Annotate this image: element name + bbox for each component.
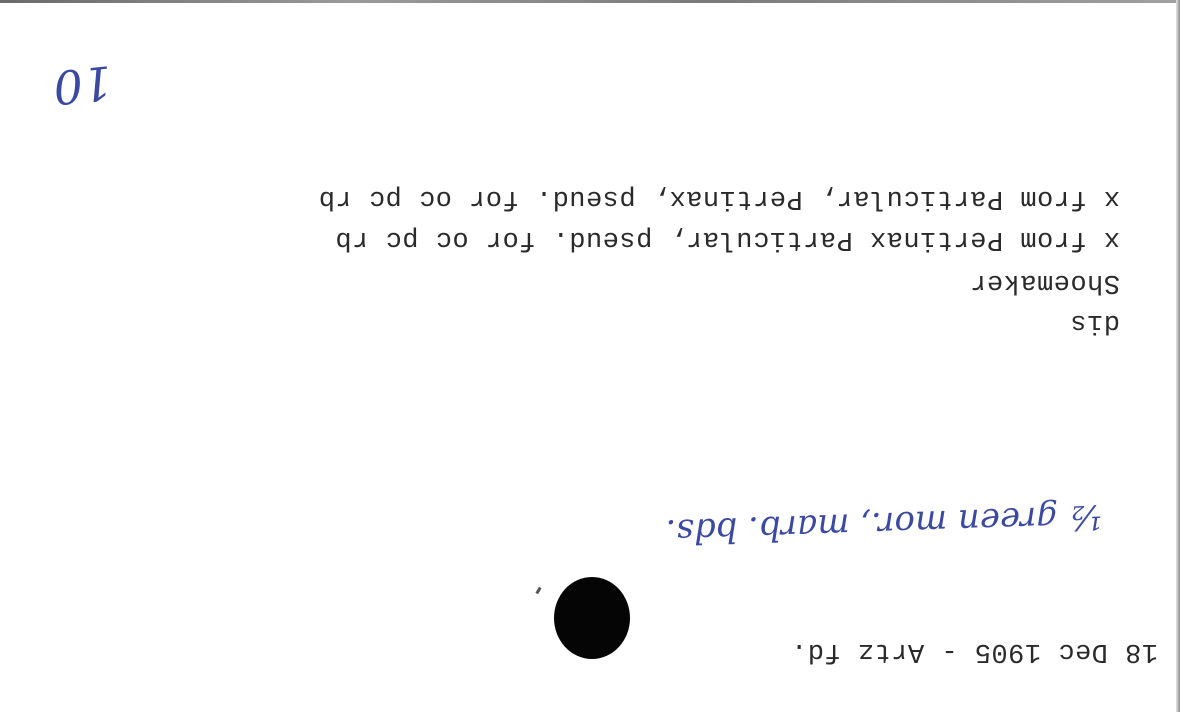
body-line-dis: dis <box>1070 307 1120 337</box>
catalog-card: 18 Dec 1905 - Artz fd. ½ green mor., mar… <box>0 0 1180 712</box>
body-line-shoemaker: Shoemaker <box>970 267 1120 297</box>
punch-hole <box>554 577 630 659</box>
punch-hole-fleck <box>535 587 541 595</box>
body-line-cross-ref-2: x from Particular, Pertinax, pseud. for … <box>318 183 1120 213</box>
handwritten-page-number: 10 <box>51 55 115 115</box>
card-heading: 18 Dec 1905 - Artz fd. <box>791 636 1158 666</box>
body-line-cross-ref-1: x from Pertinax Particular, pseud. for o… <box>335 224 1120 254</box>
handwritten-binding-note: ½ green mor., marb. bds. <box>665 496 1102 551</box>
